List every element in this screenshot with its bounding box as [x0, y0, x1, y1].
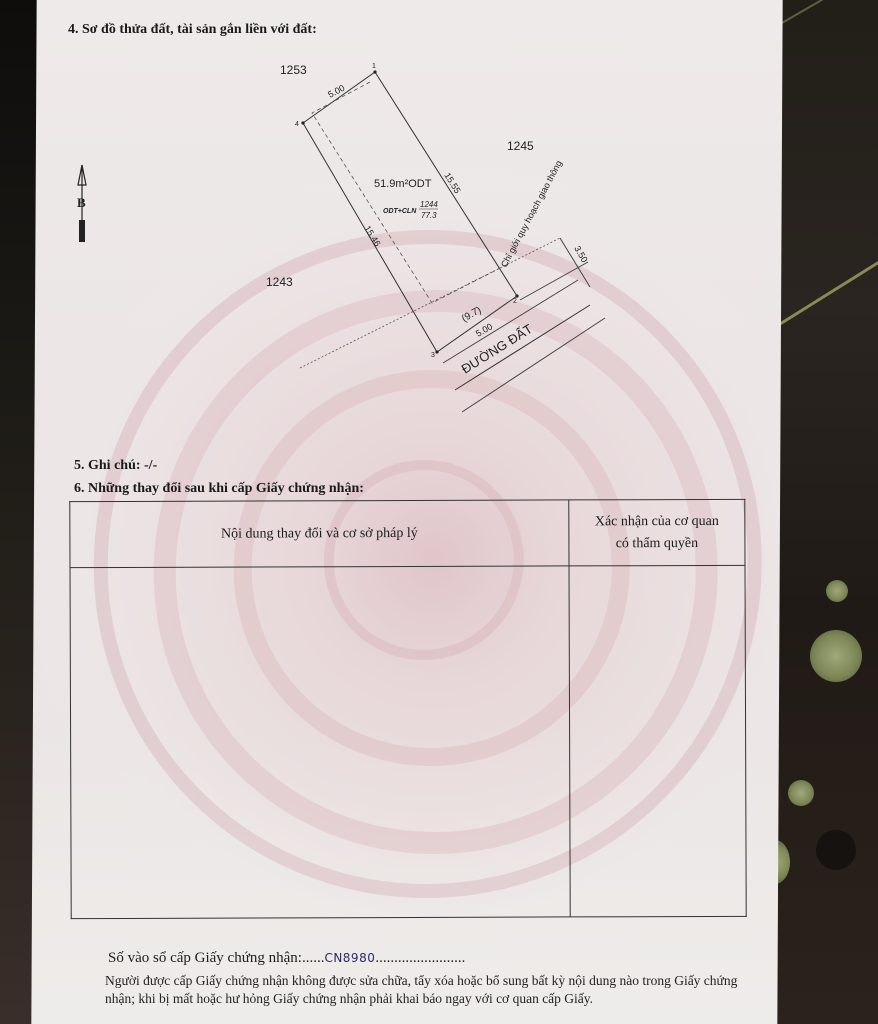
parcel-diagram: B 1253 1245 1243 1 2 3 4 5.00 15.55 15.4…: [0, 0, 878, 460]
section-6-title: 6. Những thay đổi sau khi cấp Giấy chứng…: [74, 481, 364, 497]
section-5-notes: 5. Ghi chú: -/-: [74, 458, 157, 474]
edge-left-length: 15.46: [362, 224, 382, 248]
parcel-land-type: ODT+CLN: [383, 208, 417, 215]
planning-boundary-label: Chỉ giới quy hoạch giao thông: [499, 159, 564, 269]
adjacent-parcel-1253: 1253: [280, 63, 307, 77]
north-label: B: [77, 195, 86, 210]
vertex-4: 4: [295, 121, 299, 128]
changes-table: Nội dung thay đổi và cơ sở pháp lý Xác n…: [69, 499, 746, 919]
change-content-cell: [70, 566, 570, 919]
authority-confirmation-cell: [569, 565, 746, 917]
vertex-3: 3: [431, 352, 435, 359]
certificate-warning-note: Người được cấp Giấy chứng nhận không đượ…: [105, 972, 745, 1008]
vertex-1: 1: [372, 63, 376, 70]
edge-top-length: 5.00: [326, 83, 346, 100]
registry-label: Số vào sổ cấp Giấy chứng nhận:: [108, 950, 302, 966]
parcel-area: 51.9m²ODT: [374, 178, 432, 190]
column-header-change-content: Nội dung thay đổi và cơ sở pháp lý: [70, 500, 569, 568]
adjacent-parcel-1243: 1243: [266, 275, 293, 289]
registry-number-line: Số vào sổ cấp Giấy chứng nhận:......CN89…: [108, 950, 465, 967]
adjacent-parcel-1245: 1245: [507, 139, 534, 153]
vertex-2: 2: [513, 298, 517, 305]
parcel-total-area: 77.3: [421, 211, 437, 220]
column-header-authority-confirmation: Xác nhận của cơ quan có thẩm quyền: [569, 499, 745, 566]
road-width: 3.50: [572, 244, 589, 264]
parcel-number: 1244: [420, 200, 438, 209]
registry-number-value: CN8980: [324, 951, 375, 965]
